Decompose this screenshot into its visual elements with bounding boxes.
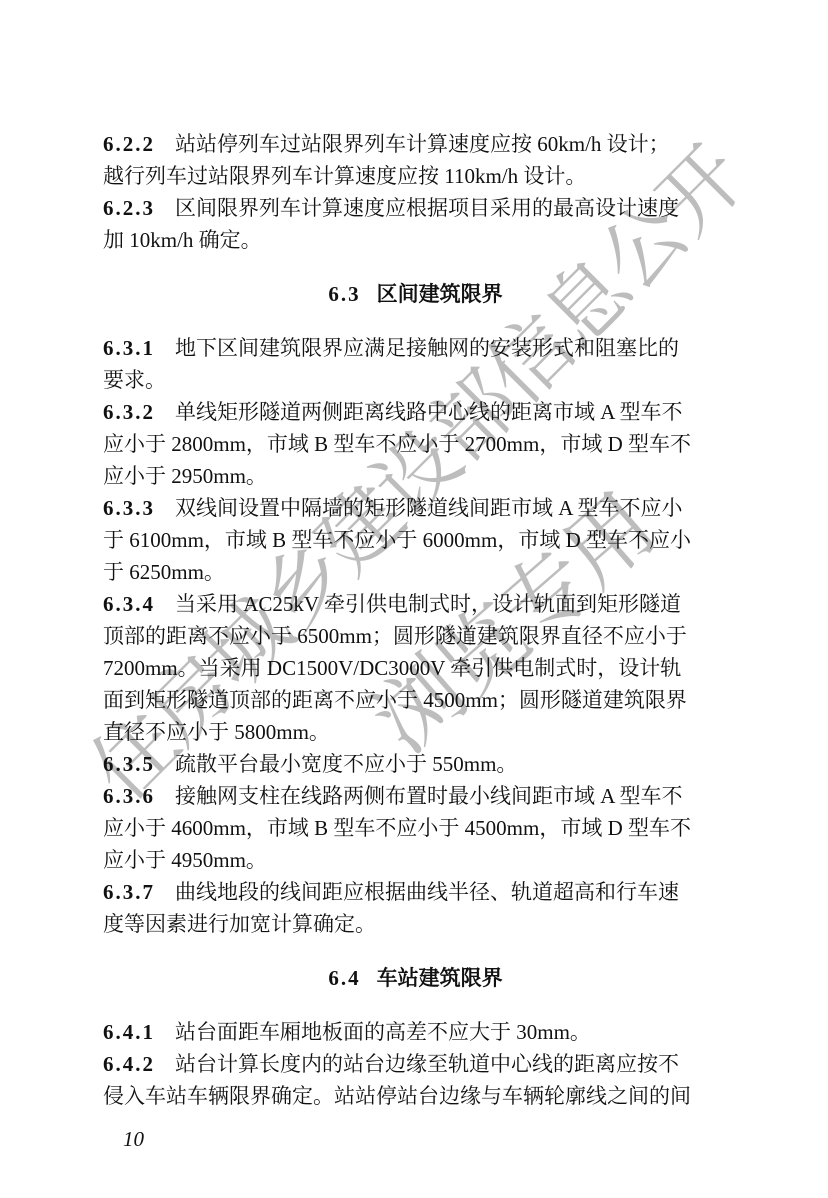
clause-6-3-1: 6.3.1地下区间建筑限界应满足接触网的安装形式和阻塞比的 要求。	[103, 332, 728, 396]
clause-number: 6.4.1	[103, 1020, 155, 1044]
clause-text: 单线矩形隧道两侧距离线路中心线的距离市域 A 型车不 应小于 2800mm，市域…	[103, 400, 691, 488]
clause-number: 6.2.3	[103, 196, 155, 220]
clause-6-3-7: 6.3.7曲线地段的线间距应根据曲线半径、轨道超高和行车速 度等因素进行加宽计算…	[103, 876, 728, 940]
clause-text: 曲线地段的线间距应根据曲线半径、轨道超高和行车速 度等因素进行加宽计算确定。	[103, 880, 679, 936]
clause-text: 区间限界列车计算速度应根据项目采用的最高设计速度 加 10km/h 确定。	[103, 196, 679, 252]
clause-text: 当采用 AC25kV 牵引供电制式时，设计轨面到矩形隧道 顶部的距离不应小于 6…	[103, 592, 687, 744]
clause-6-3-4: 6.3.4当采用 AC25kV 牵引供电制式时，设计轨面到矩形隧道 顶部的距离不…	[103, 588, 728, 748]
clause-number: 6.2.2	[103, 132, 155, 156]
clause-number: 6.3.3	[103, 496, 155, 520]
clause-6-3-6: 6.3.6接触网支柱在线路两侧布置时最小线间距市域 A 型车不 应小于 4600…	[103, 780, 728, 876]
clause-number: 6.3.7	[103, 880, 155, 904]
section-number: 6.4	[328, 966, 360, 990]
section-heading-6-4: 6.4车站建筑限界	[103, 962, 728, 994]
clause-number: 6.3.5	[103, 752, 155, 776]
clause-6-4-2: 6.4.2站台计算长度内的站台边缘至轨道中心线的距离应按不 侵入车站车辆限界确定…	[103, 1048, 728, 1112]
document-page: 6.2.2站站停列车过站限界列车计算速度应按 60km/h 设计； 越行列车过站…	[0, 0, 828, 1154]
clause-text: 双线间设置中隔墙的矩形隧道线间距市域 A 型车不应小 于 6100mm，市域 B…	[103, 496, 691, 584]
page-number: 10	[103, 1124, 728, 1154]
clause-number: 6.3.4	[103, 592, 155, 616]
section-title: 区间建筑限界	[377, 282, 503, 306]
section-number: 6.3	[328, 282, 360, 306]
clause-text: 站站停列车过站限界列车计算速度应按 60km/h 设计； 越行列车过站限界列车计…	[103, 132, 670, 188]
clause-6-4-1: 6.4.1站台面距车厢地板面的高差不应大于 30mm。	[103, 1016, 728, 1048]
clause-6-2-3: 6.2.3区间限界列车计算速度应根据项目采用的最高设计速度 加 10km/h 确…	[103, 192, 728, 256]
section-heading-6-3: 6.3区间建筑限界	[103, 278, 728, 310]
clause-text: 疏散平台最小宽度不应小于 550mm。	[175, 752, 517, 776]
clause-number: 6.3.1	[103, 336, 155, 360]
clause-number: 6.3.6	[103, 784, 155, 808]
clause-6-3-2: 6.3.2单线矩形隧道两侧距离线路中心线的距离市域 A 型车不 应小于 2800…	[103, 396, 728, 492]
clause-6-3-5: 6.3.5疏散平台最小宽度不应小于 550mm。	[103, 748, 728, 780]
clause-text: 站台计算长度内的站台边缘至轨道中心线的距离应按不 侵入车站车辆限界确定。站站停站…	[103, 1052, 691, 1108]
clause-6-2-2: 6.2.2站站停列车过站限界列车计算速度应按 60km/h 设计； 越行列车过站…	[103, 128, 728, 192]
clause-number: 6.4.2	[103, 1052, 155, 1076]
clause-number: 6.3.2	[103, 400, 155, 424]
clause-text: 站台面距车厢地板面的高差不应大于 30mm。	[175, 1020, 591, 1044]
section-title: 车站建筑限界	[377, 966, 503, 990]
clause-6-3-3: 6.3.3双线间设置中隔墙的矩形隧道线间距市域 A 型车不应小 于 6100mm…	[103, 492, 728, 588]
clause-text: 地下区间建筑限界应满足接触网的安装形式和阻塞比的 要求。	[103, 336, 679, 392]
clause-text: 接触网支柱在线路两侧布置时最小线间距市域 A 型车不 应小于 4600mm，市域…	[103, 784, 691, 872]
